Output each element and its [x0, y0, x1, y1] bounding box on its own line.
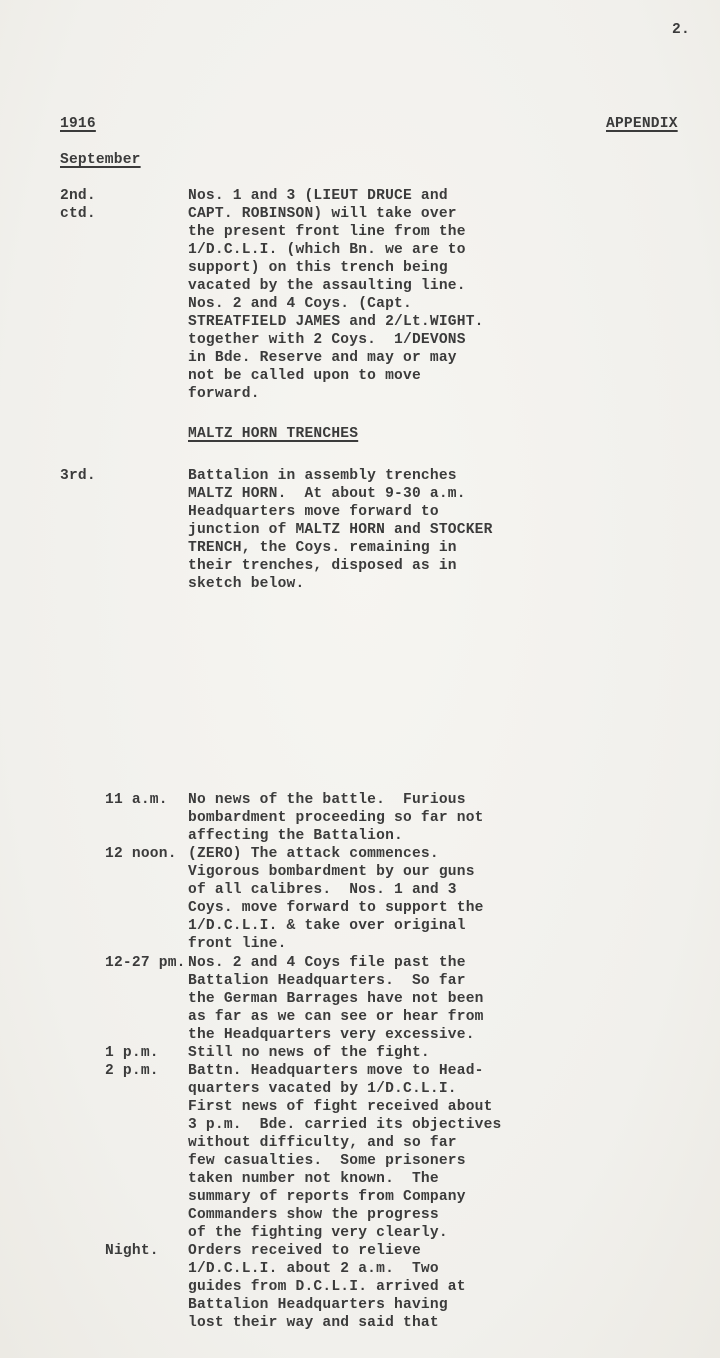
entry-date: 2nd.: [60, 188, 96, 206]
text-line: 1/D.C.L.I. (which Bn. we are to: [188, 242, 466, 260]
text-line: sketch below.: [188, 576, 304, 594]
text-line: Battalion in assembly trenches: [188, 468, 457, 486]
text-line: Still no news of the fight.: [188, 1045, 430, 1063]
text-line: CAPT. ROBINSON) will take over: [188, 206, 457, 224]
text-line: summary of reports from Company: [188, 1189, 466, 1207]
text-line: together with 2 Coys. 1/DEVONS: [188, 332, 466, 350]
text-line: Headquarters move forward to: [188, 504, 439, 522]
time-label: 1 p.m.: [105, 1045, 159, 1063]
text-line: 3 p.m. Bde. carried its objectives: [188, 1117, 502, 1135]
text-line: quarters vacated by 1/D.C.L.I.: [188, 1081, 457, 1099]
text-line: TRENCH, the Coys. remaining in: [188, 540, 457, 558]
text-line: of the fighting very clearly.: [188, 1225, 448, 1243]
text-line: Coys. move forward to support the: [188, 900, 484, 918]
text-line: of all calibres. Nos. 1 and 3: [188, 882, 457, 900]
time-label: 12 noon.: [105, 846, 177, 864]
text-line: Vigorous bombardment by our guns: [188, 864, 475, 882]
text-line: Battn. Headquarters move to Head-: [188, 1063, 484, 1081]
time-label: 2 p.m.: [105, 1063, 159, 1081]
text-line: affecting the Battalion.: [188, 828, 403, 846]
text-line: Battalion Headquarters. So far: [188, 973, 466, 991]
text-line: Orders received to relieve: [188, 1243, 421, 1261]
text-line: No news of the battle. Furious: [188, 792, 466, 810]
entry-date: 3rd.: [60, 468, 96, 486]
text-line: their trenches, disposed as in: [188, 558, 457, 576]
text-line: as far as we can see or hear from: [188, 1009, 484, 1027]
page-number: 2.: [672, 22, 690, 40]
text-line: Nos. 2 and 4 Coys. (Capt.: [188, 296, 412, 314]
text-line: taken number not known. The: [188, 1171, 439, 1189]
text-line: bombardment proceeding so far not: [188, 810, 484, 828]
text-line: few casualties. Some prisoners: [188, 1153, 466, 1171]
text-line: 1/D.C.L.I. & take over original: [188, 918, 466, 936]
time-label: Night.: [105, 1243, 159, 1261]
text-line: the German Barrages have not been: [188, 991, 484, 1009]
text-line: guides from D.C.L.I. arrived at: [188, 1279, 466, 1297]
month-heading: September: [60, 152, 141, 170]
text-line: lost their way and said that: [188, 1315, 439, 1333]
text-line: MALTZ HORN. At about 9-30 a.m.: [188, 486, 466, 504]
text-line: First news of fight received about: [188, 1099, 493, 1117]
text-line: forward.: [188, 386, 260, 404]
text-line: STREATFIELD JAMES and 2/Lt.WIGHT.: [188, 314, 484, 332]
text-line: without difficulty, and so far: [188, 1135, 457, 1153]
text-line: support) on this trench being: [188, 260, 448, 278]
text-line: front line.: [188, 936, 287, 954]
text-line: Nos. 1 and 3 (LIEUT DRUCE and: [188, 188, 448, 206]
document-page: 2. 1916 APPENDIX September 2nd. ctd. Nos…: [0, 0, 720, 1358]
text-line: vacated by the assaulting line.: [188, 278, 466, 296]
text-line: in Bde. Reserve and may or may: [188, 350, 457, 368]
time-label: 11 a.m.: [105, 792, 168, 810]
time-label: 12-27 pm.: [105, 955, 186, 973]
text-line: junction of MALTZ HORN and STOCKER: [188, 522, 493, 540]
appendix-heading: APPENDIX: [606, 116, 678, 134]
text-line: the present front line from the: [188, 224, 466, 242]
text-line: Battalion Headquarters having: [188, 1297, 448, 1315]
year-heading: 1916: [60, 116, 96, 134]
section-heading: MALTZ HORN TRENCHES: [188, 426, 358, 444]
text-line: (ZERO) The attack commences.: [188, 846, 439, 864]
text-line: 1/D.C.L.I. about 2 a.m. Two: [188, 1261, 439, 1279]
text-line: Commanders show the progress: [188, 1207, 439, 1225]
text-line: Nos. 2 and 4 Coys file past the: [188, 955, 466, 973]
text-line: the Headquarters very excessive.: [188, 1027, 475, 1045]
text-line: not be called upon to move: [188, 368, 421, 386]
entry-date-continued: ctd.: [60, 206, 96, 224]
